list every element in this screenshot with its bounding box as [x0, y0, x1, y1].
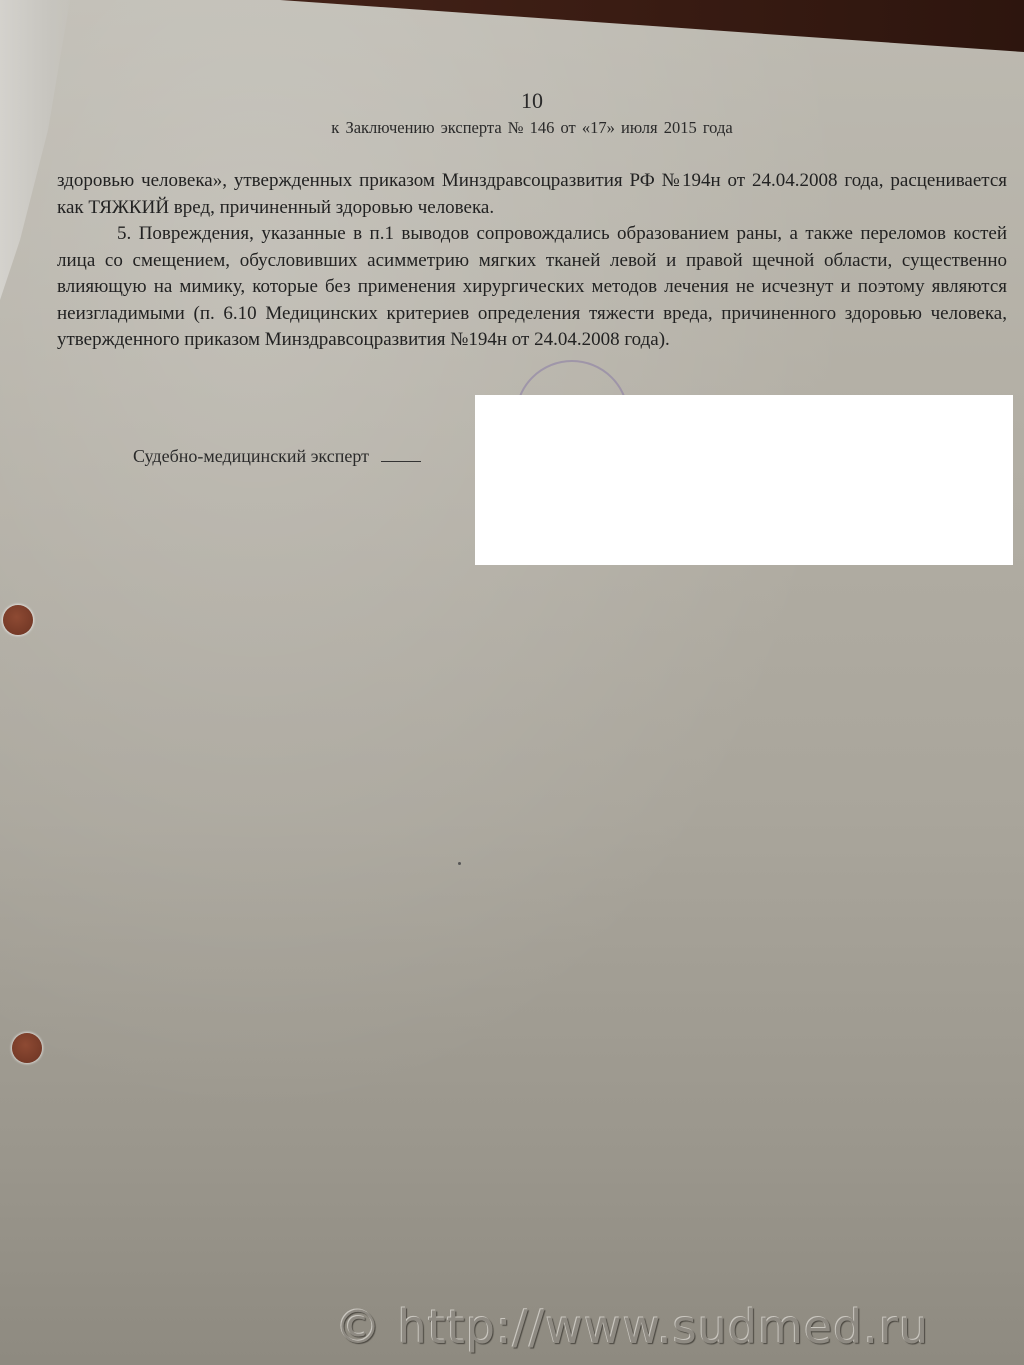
document-body: здоровью человека», утвержденных приказо… — [57, 168, 1007, 354]
signature-label: Судебно-медицинский эксперт — [133, 446, 369, 466]
signature-block: Судебно-медицинский эксперт — [133, 446, 421, 467]
punch-hole — [12, 1033, 42, 1063]
paragraph-continuation: здоровью человека», утвержденных приказо… — [57, 168, 1007, 221]
paragraph-item-5: 5. Повреждения, указанные в п.1 выводов … — [57, 221, 1007, 354]
redaction-box — [475, 395, 1013, 565]
punch-hole — [3, 605, 33, 635]
page-number: 10 — [0, 88, 1024, 114]
document-page: 10 к Заключению эксперта № 146 от «17» и… — [0, 0, 1024, 1365]
watermark: © http://www.sudmed.ru — [335, 1300, 929, 1354]
paper-speck — [458, 862, 461, 865]
signature-line — [381, 461, 421, 462]
document-header: к Заключению эксперта № 146 от «17» июля… — [0, 118, 1024, 138]
